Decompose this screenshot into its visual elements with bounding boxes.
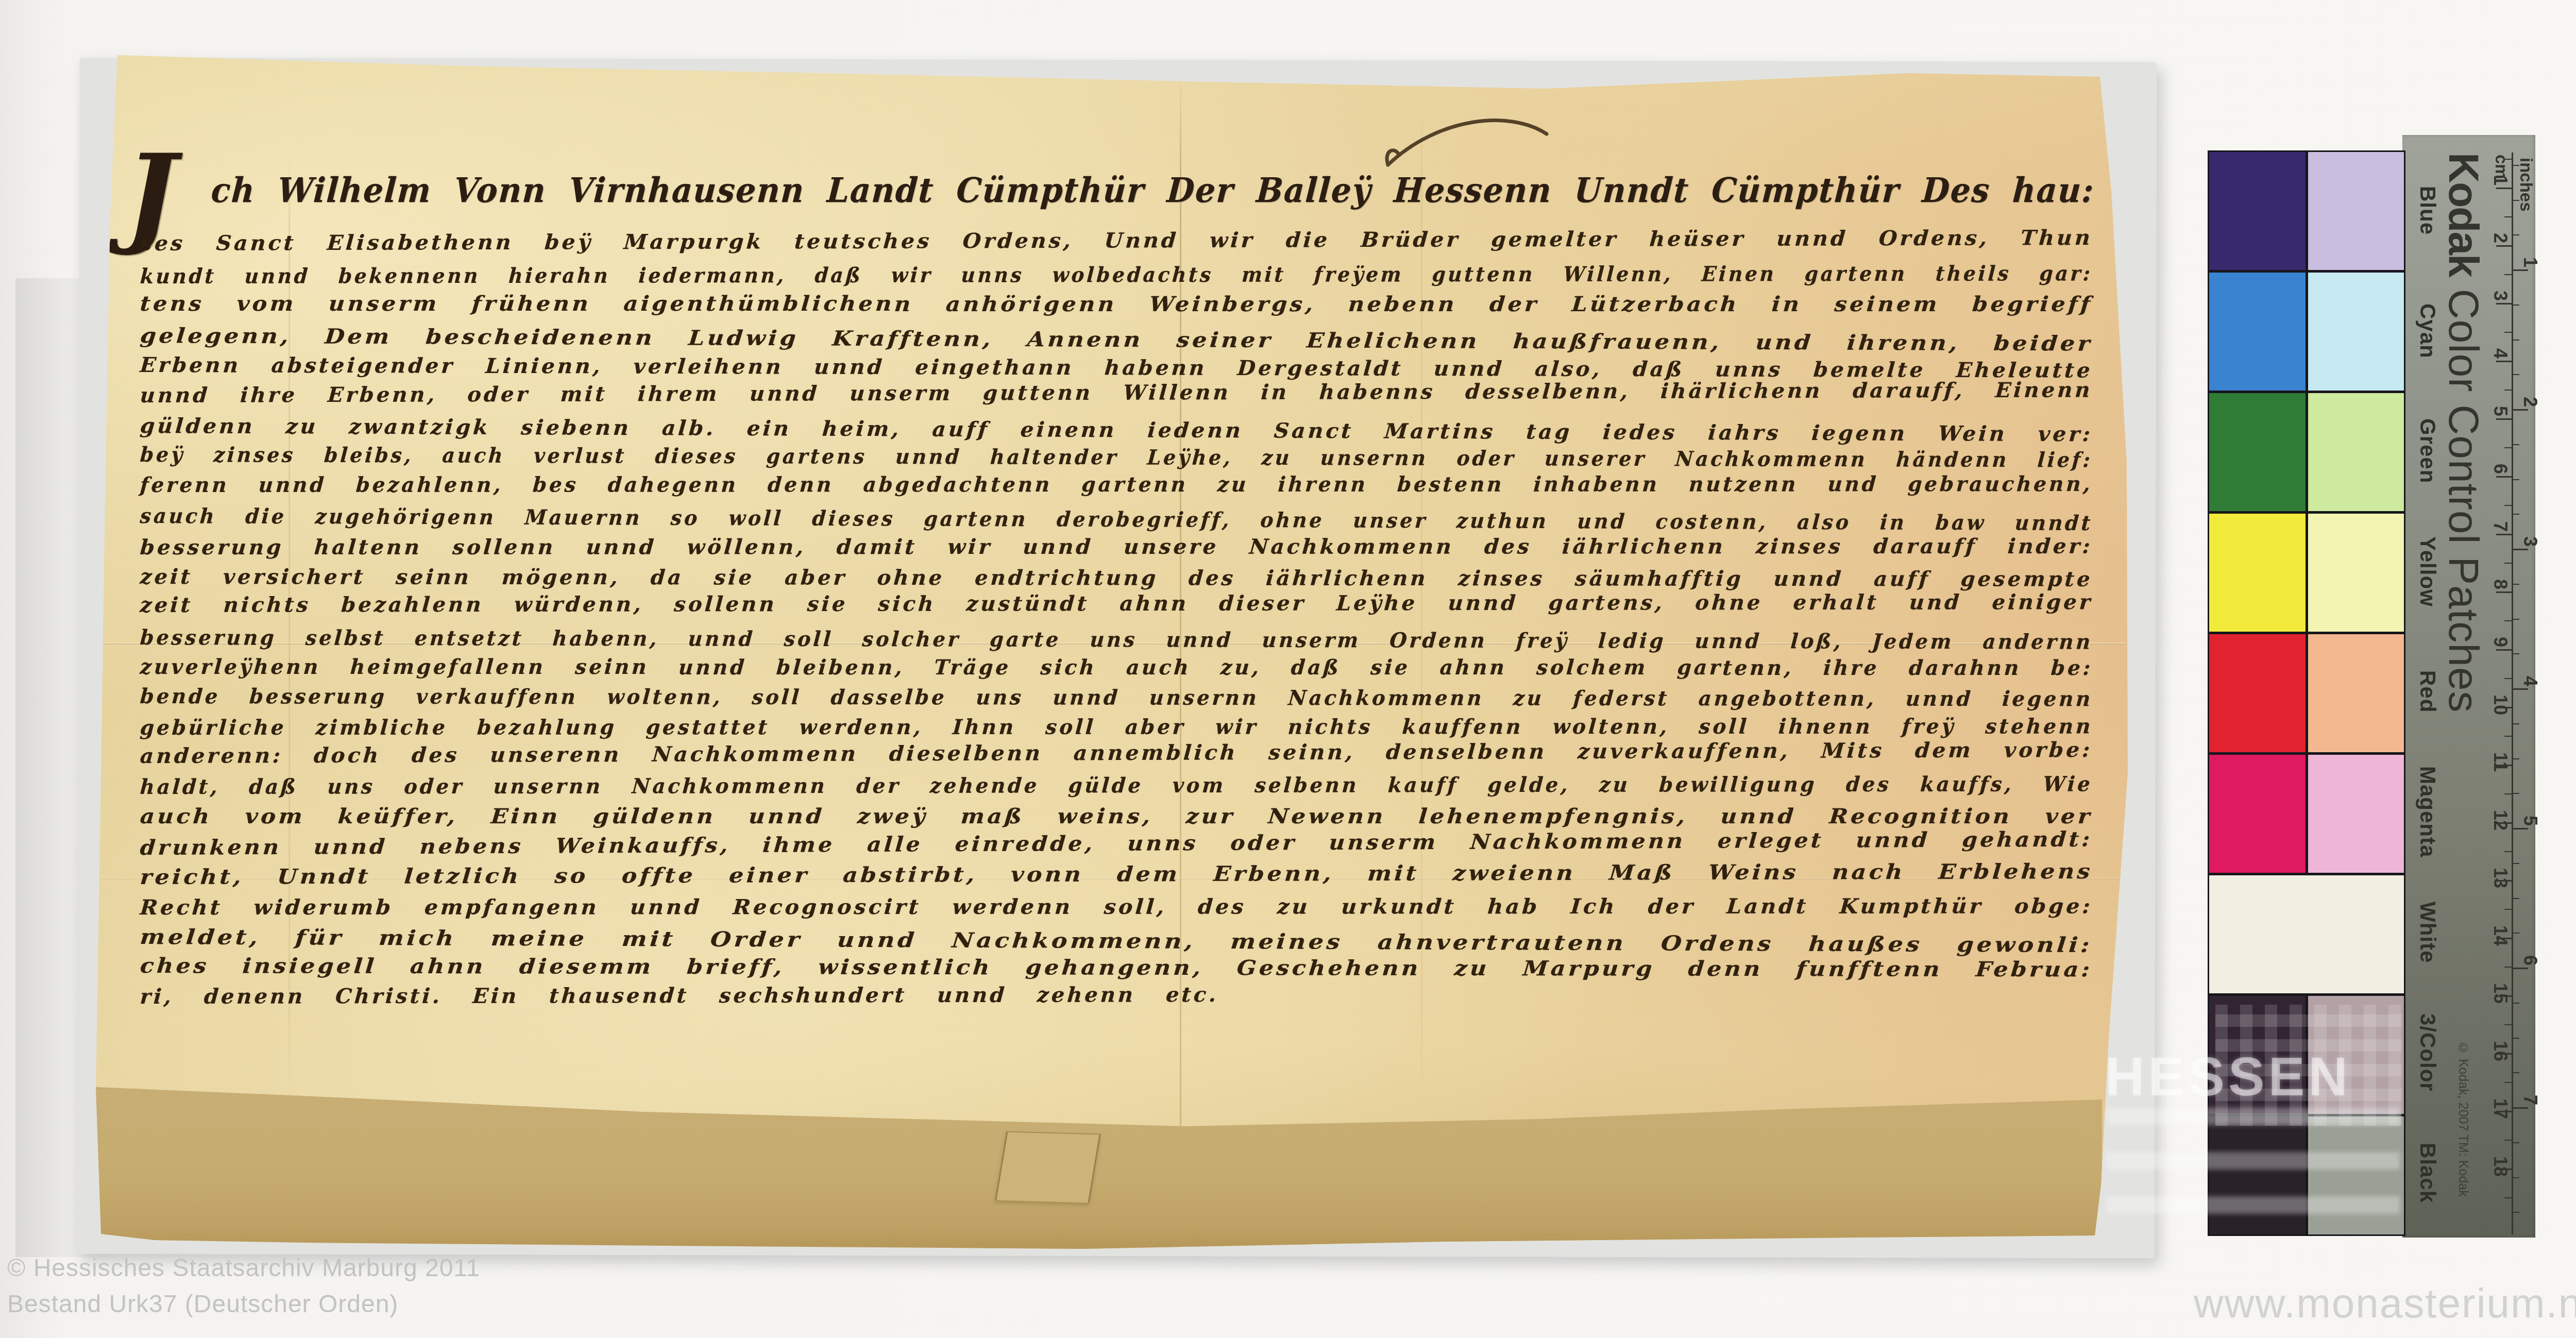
manuscript-line: zeit versichert seinn mögenn, da sie abe…: [139, 565, 2093, 591]
patch-yellow-solid: [2209, 514, 2306, 632]
manuscript-line: besserung haltenn sollenn unnd wöllenn, …: [139, 534, 2093, 560]
ruler-inch-number: 7: [2519, 1095, 2541, 1105]
ruler-inch-quartertick: [2513, 619, 2519, 620]
ruler-inch-quartertick: [2513, 933, 2519, 934]
ruler-cm-number: 14: [2489, 925, 2511, 946]
manuscript-heading-line: ch Wilhelm Vonn Virnhausenn Landt Cümpth…: [210, 170, 2095, 210]
pen-flourish: [1376, 102, 1561, 174]
ruler-cm-halftick: [2504, 563, 2513, 564]
ruler-inch-quartertick: [2513, 234, 2519, 235]
ruler-inch-quartertick: [2513, 723, 2519, 724]
ruler-cm-tick: [2496, 649, 2513, 651]
ruler-inch-quartertick: [2513, 340, 2519, 341]
ruler-cm-number: 13: [2489, 868, 2511, 888]
seal-tag-slit: [995, 1131, 1101, 1203]
ruler-inch-quartertick: [2513, 1072, 2519, 1073]
ruler-cm-halftick: [2504, 736, 2513, 737]
patch-cyan-solid: [2209, 273, 2306, 391]
manuscript-line: Erbenn absteigender Linienn, verleihenn …: [139, 353, 2093, 383]
patch-magenta-solid: [2209, 755, 2306, 873]
manuscript-line: besserung selbst entsetzt habenn, unnd s…: [139, 625, 2093, 654]
ruler-inch-quartertick: [2513, 1038, 2519, 1039]
archive-copyright-line2: Bestand Urk37 (Deutscher Orden): [7, 1290, 398, 1318]
ruler-inch-quartertick: [2513, 863, 2519, 864]
ruler-inch-quartertick: [2513, 758, 2519, 759]
ruler-cm-tick: [2496, 534, 2513, 535]
ruler-cm-number: 4: [2489, 348, 2511, 359]
ruler-inch-quartertick: [2513, 200, 2519, 201]
strip-title-text: Color Control Patches: [2440, 289, 2487, 713]
ruler-cm-halftick: [2504, 216, 2513, 217]
ruler-cm-number: 10: [2489, 695, 2511, 715]
ruler-cm-halftick: [2504, 1140, 2513, 1141]
ruler-inch-tick: [2513, 688, 2528, 690]
ruler-cm-number: 8: [2489, 579, 2511, 589]
ruler-cm-halftick: [2504, 1082, 2513, 1083]
patch-label-green: Green: [2407, 395, 2440, 508]
ruler-cm-number: 6: [2489, 464, 2511, 474]
ruler-inch-quartertick: [2513, 374, 2519, 375]
ruler-inch-tick: [2513, 828, 2528, 829]
ruler-cm-halftick: [2504, 851, 2513, 852]
patch-label-black: Black: [2407, 1116, 2440, 1229]
scan-page: J ch Wilhelm Vonn Virnhausenn Landt Cümp…: [0, 0, 2576, 1338]
manuscript-line: anderenn: doch des unserenn Nachkommenn …: [139, 738, 2093, 768]
ruler-cm-tick: [2496, 303, 2513, 304]
ruler-inch-quartertick: [2513, 653, 2519, 654]
ruler-inch-number: 2: [2519, 397, 2541, 407]
patch-blue-tint: [2308, 152, 2404, 270]
ruler-cm-tick: [2496, 591, 2513, 593]
ruler-inch-quartertick: [2513, 1212, 2519, 1213]
patch-label-white: White: [2407, 875, 2440, 989]
strip-copyright: © Kodak, 2007 TM: Kodak: [2455, 1041, 2470, 1237]
ruler-cm-halftick: [2504, 1197, 2513, 1198]
ruler-inch-number: 4: [2519, 676, 2541, 686]
manuscript-line: unnd ihre Erbenn, oder mit ihrem unnd un…: [139, 378, 2093, 408]
ruler-cm-number: 16: [2489, 1041, 2511, 1061]
ruler-inch-tick: [2513, 409, 2528, 411]
manuscript-line: meldet, für mich meine mit Order unnd Na…: [139, 925, 2093, 957]
ruler-inch-tick: [2513, 1107, 2528, 1109]
ruler-inch-number: 3: [2519, 536, 2541, 547]
ruler-cm-halftick: [2504, 678, 2513, 679]
ruler-cm-number: 1: [2489, 175, 2511, 185]
patch-red-tint: [2308, 634, 2404, 752]
manuscript-line: zuverleÿhenn heimgefallenn seinn unnd bl…: [139, 655, 2094, 680]
patch-red-solid: [2209, 634, 2306, 752]
manuscript-line: zeit nichts bezahlenn würdenn, sollenn s…: [139, 590, 2093, 617]
patch-label-red: Red: [2407, 635, 2440, 749]
manuscript-line: beÿ zinses bleibs, auch verlust dieses g…: [139, 443, 2093, 472]
manuscript-line: drunkenn unnd nebens Weinkauffs, ihme al…: [139, 827, 2093, 860]
ruler-cm-number: 12: [2489, 810, 2511, 831]
ruler-cm-halftick: [2504, 505, 2513, 506]
patch-label-cyan: Cyan: [2407, 274, 2440, 387]
ruler-cm-halftick: [2504, 159, 2513, 160]
manuscript-line: ri, denenn Christi. Ein thausendt sechsh…: [139, 983, 1219, 1009]
manuscript-line: sauch die zugehörigenn Mauernn so woll d…: [139, 504, 2093, 535]
ruler-cm-halftick: [2504, 447, 2513, 448]
manuscript-line: kundt unnd bekennenn hierahn iedermann, …: [139, 261, 2093, 289]
ruler-inch-quartertick: [2513, 584, 2519, 585]
ruler-cm-tick: [2496, 245, 2513, 247]
ruler-inch-number: 6: [2519, 955, 2541, 966]
kodak-brand: Kodak: [2440, 153, 2487, 277]
ruler-cm-halftick: [2504, 389, 2513, 391]
manuscript-line: bende besserung verkauffenn woltenn, sol…: [139, 684, 2093, 711]
manuscript-line: ses Sanct Elisabethenn beÿ Marpurgk teut…: [139, 226, 2093, 256]
ruler-cm-number: 11: [2489, 752, 2511, 772]
manuscript-line: ferenn unnd bezahlenn, bes dahegenn denn…: [139, 472, 2093, 497]
monasterium-watermark: www.monasterium.net: [2194, 1280, 2576, 1327]
ruler-cm-halftick: [2504, 620, 2513, 621]
ruler-inch-quartertick: [2513, 514, 2519, 515]
ruler-cm-number: 15: [2489, 983, 2511, 1004]
ruler-cm-number: 3: [2489, 291, 2511, 301]
ruler-inch-quartertick: [2513, 444, 2519, 445]
parchment-fold-plica: [96, 1082, 2102, 1249]
ruler-inch-quartertick: [2513, 898, 2519, 899]
ruler-inch-tick: [2513, 269, 2528, 271]
archive-stamp-blur: [2106, 1108, 2400, 1231]
ruler-cm-halftick: [2504, 967, 2513, 968]
ruler-cm-halftick: [2504, 274, 2513, 275]
manuscript-line: tens vom unserm frühenn aigenthümblichen…: [139, 292, 2094, 316]
ruler-cm-halftick: [2504, 793, 2513, 794]
patch-yellow-tint: [2308, 514, 2404, 632]
manuscript-line: gebürliche zimbliche bezahlung gestattet…: [139, 714, 2094, 740]
ruler-cm-tick: [2496, 418, 2513, 420]
ruler-inch-quartertick: [2513, 1003, 2519, 1004]
ruler-cm-halftick: [2504, 909, 2513, 910]
patch-cyan-tint: [2308, 273, 2404, 391]
ruler-inch-quartertick: [2513, 304, 2519, 306]
manuscript-text-block: J ch Wilhelm Vonn Virnhausenn Landt Cümp…: [137, 170, 2099, 1097]
patch-blue-solid: [2209, 152, 2306, 270]
archive-copyright-line1: © Hessisches Staatsarchiv Marburg 2011: [7, 1254, 480, 1282]
manuscript-line: auch vom keüffer, Einn güldenn unnd zweÿ…: [139, 804, 2093, 828]
ruler-cm-number: 9: [2489, 637, 2511, 647]
ruler-inch-number: 1: [2519, 257, 2541, 267]
ruler-cm-number: 5: [2489, 406, 2511, 416]
patch-label-3color: 3/Color: [2407, 996, 2440, 1109]
ruler-inch-tick: [2513, 968, 2528, 969]
patch-green-tint: [2308, 393, 2404, 511]
ruler-cm-tick: [2496, 361, 2513, 362]
patch-green-solid: [2209, 393, 2306, 511]
manuscript-line: güldenn zu zwantzigk siebenn alb. ein he…: [139, 414, 2094, 446]
ruler-cm-number: 17: [2489, 1098, 2511, 1119]
ruler-inch-quartertick: [2513, 165, 2519, 166]
ruler-cm-tick: [2496, 188, 2513, 189]
ruler-inch-quartertick: [2513, 793, 2519, 794]
manuscript-line: gelegenn, Dem bescheidenenn Ludwig Kraff…: [139, 324, 2094, 356]
patch-white: [2209, 875, 2404, 993]
archive-stamp-pixels: [2215, 1005, 2402, 1126]
ruler-inch-number: 5: [2519, 816, 2541, 826]
patch-magenta-tint: [2308, 755, 2404, 873]
ruler-cm-halftick: [2504, 1024, 2513, 1025]
patch-label-magenta: Magenta: [2407, 755, 2440, 869]
ruler-inch-tick: [2513, 549, 2528, 550]
ruler-cm-number: 18: [2489, 1156, 2511, 1177]
ruler-cm-halftick: [2504, 332, 2513, 333]
ruler-cm-number: 7: [2489, 521, 2511, 532]
manuscript-line: reicht, Unndt letzlich so offte einer ab…: [139, 859, 2094, 889]
ruler-inch-quartertick: [2513, 1177, 2519, 1178]
ruler-inch-quartertick: [2513, 479, 2519, 480]
manuscript-line: Recht widerumb empfangenn unnd Recognosc…: [139, 894, 2093, 920]
manuscript-line: ches insiegell ahnn diesemm brieff, wiss…: [139, 954, 2093, 981]
ruler-cm-tick: [2496, 476, 2513, 478]
patch-label-blue: Blue: [2407, 154, 2440, 267]
patch-label-yellow: Yellow: [2407, 515, 2440, 628]
manuscript-line: haldt, daß uns oder unsernn Nachkommenn …: [139, 772, 2093, 799]
ruler-inch-quartertick: [2513, 1142, 2519, 1143]
ruler-cm-number: 2: [2489, 233, 2511, 243]
